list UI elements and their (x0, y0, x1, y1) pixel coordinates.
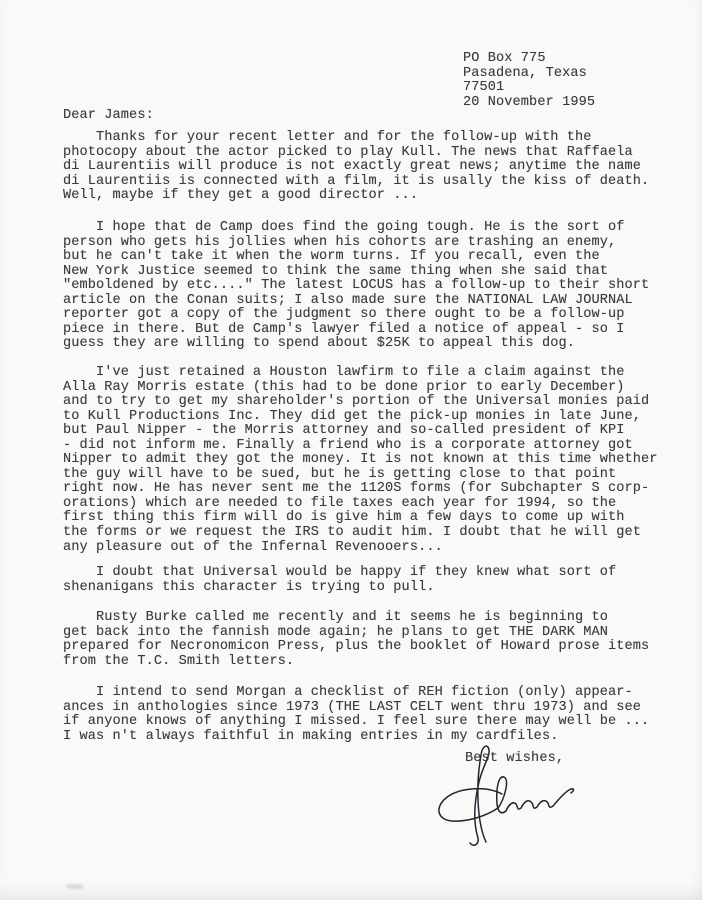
paragraph: I've just retained a Houston lawfirm to … (63, 366, 658, 555)
paragraph: Rusty Burke called me recently and it se… (63, 611, 649, 669)
paragraph: I doubt that Universal would be happy if… (63, 566, 616, 595)
paragraph: Thanks for your recent letter and for th… (63, 131, 649, 204)
handwritten-signature-glenn: Glenn (428, 730, 638, 860)
paragraph: I hope that de Camp does find the going … (63, 221, 649, 352)
scanned-letter-page: PO Box 775 Pasadena, Texas 77501 20 Nove… (0, 0, 702, 900)
salutation: Dear James: (63, 109, 154, 124)
scan-smudge (66, 884, 84, 889)
signature-ink (428, 730, 638, 860)
sender-address-block: PO Box 775 Pasadena, Texas 77501 20 Nove… (463, 52, 595, 110)
